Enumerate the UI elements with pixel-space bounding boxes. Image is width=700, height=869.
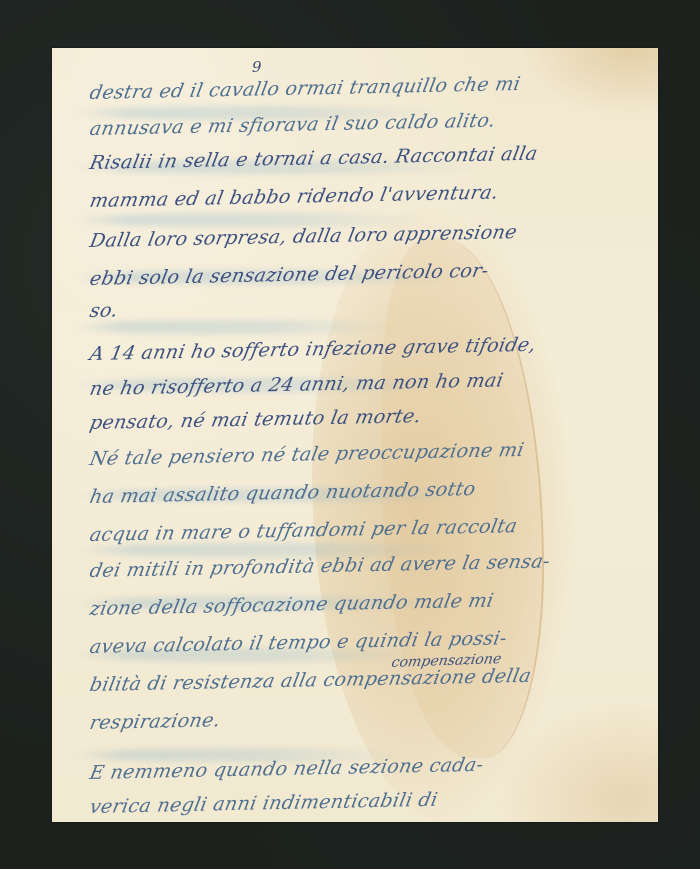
text-line: respirazione.	[88, 701, 643, 734]
text-line: A 14 anni ho sofferto infezione grave ti…	[88, 332, 643, 365]
text-line: annusava e mi sfiorava il suo caldo alit…	[88, 107, 643, 140]
text-line: Né tale pensiero né tale preoccupazione …	[88, 437, 643, 470]
text-line: bilità di resistenza alla compensazione …	[88, 663, 643, 696]
text-line: destra ed il cavallo ormai tranquillo ch…	[88, 71, 643, 104]
text-line: mamma ed al babbo ridendo l'avventura.	[88, 179, 643, 212]
handwritten-text: destra ed il cavallo ormai tranquillo ch…	[52, 48, 658, 822]
text-line: ebbi solo la sensazione del pericolo cor…	[88, 257, 643, 290]
text-line: so.	[88, 289, 643, 322]
text-line: dei mitili in profondità ebbi ad avere l…	[88, 549, 643, 582]
text-line: aveva calcolato il tempo e quindi la pos…	[88, 625, 643, 658]
manuscript-page: 9 destra ed il cavallo ormai tranquillo …	[52, 48, 658, 822]
text-line: Risalii in sella e tornai a casa. Raccon…	[88, 141, 643, 174]
text-line: Dalla loro sorpresa, dalla loro apprensi…	[88, 219, 643, 252]
text-line: acqua in mare o tuffandomi per la raccol…	[88, 513, 643, 546]
text-line: verica negli anni indimenticabili di	[88, 785, 643, 818]
text-line: ne ho risofferto a 24 anni, ma non ho ma…	[88, 367, 643, 400]
text-line: zione della soffocazione quando male mi	[88, 587, 643, 620]
text-line: pensato, né mai temuto la morte.	[88, 401, 643, 434]
text-line: E nemmeno quando nella sezione cada-	[88, 751, 643, 784]
text-line: ha mai assalito quando nuotando sotto	[88, 475, 643, 508]
